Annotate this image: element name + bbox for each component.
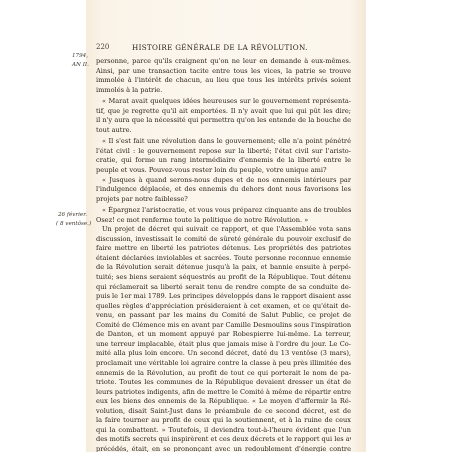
text-line: de la Révolution serait détenue jusqu'à … — [96, 263, 351, 273]
text-line: « Épargnez l'aristocratie, et vous vous … — [96, 206, 351, 216]
text-line: étaient déclarées inviolables et sacrées… — [96, 254, 351, 264]
text-line: tuité; ses biens seraient séquestrés au … — [96, 273, 351, 283]
text-line: l'état civil : le gouvernement repose su… — [96, 147, 351, 157]
text-line: volution, disait Saint-Just dans le préa… — [96, 407, 351, 417]
text-line: personne, parce qu'ils craignent qu'on n… — [96, 57, 351, 67]
body-text: personne, parce qu'ils craignent qu'on n… — [96, 57, 351, 452]
margin-note-year: 1794, — [72, 53, 88, 59]
text-line: des motifs secrets qui inspirèrent et ce… — [96, 435, 351, 445]
text-line: précédés, était, en se prononçant avec u… — [96, 445, 351, 452]
text-line: de Danton, et un moment appuyé par Robes… — [96, 330, 351, 340]
text-line: Osez! ce mot renferme toute la politique… — [96, 216, 351, 226]
text-line: quelles règles d'appréciation présiderai… — [96, 302, 351, 312]
text-line: il n'y aura que la nécessité qui permett… — [96, 116, 351, 126]
text-line: ennemis de la Révolution, au profit de t… — [96, 369, 351, 379]
text-line: Un projet de décret qui suivait ce rappo… — [96, 225, 351, 235]
text-line: la faire tourner au profit de ceux qui l… — [96, 416, 351, 426]
book-page: 220 HISTOIRE GÉNÉRALE DE LA RÉVOLUTION. … — [86, 0, 366, 452]
text-line: une terreur implacable, était plus que j… — [96, 340, 351, 350]
margin-note-date: 26 février. — [58, 212, 87, 218]
text-line: « Marat avait quelques idées heureuses s… — [96, 97, 351, 107]
page-header: 220 HISTOIRE GÉNÉRALE DE LA RÉVOLUTION. — [86, 43, 366, 55]
text-line: Ainsi, par une transaction tacite entre … — [96, 67, 351, 77]
margin-note-ventose: ( 8 ventôse.) — [56, 221, 91, 227]
text-line: discussion, investissait le comité de sû… — [96, 235, 351, 245]
text-line: venu, en passant par les mains du Comité… — [96, 311, 351, 321]
text-line: mité alla plus loin encore. Un second dé… — [96, 349, 351, 359]
text-line: qui la combattent. » Toutefois, il devie… — [96, 426, 351, 436]
text-line: eux les biens des ennemis de la Républiq… — [96, 397, 351, 407]
margin-note-an: AN II. — [72, 62, 89, 68]
text-line: tout autre. — [96, 126, 351, 136]
text-line: puis le 1er mai 1789. Les principes déve… — [96, 292, 351, 302]
text-line: projets par notre faiblesse? — [96, 195, 351, 205]
text-line: immolés à la patrie. — [96, 86, 351, 96]
text-line: « Jusques à quand serons-nous dupes et d… — [96, 176, 351, 186]
text-line: cratie, qui forme un rang intermédiaire … — [96, 156, 351, 166]
text-line: leurs patriotes indigents, afin de mettr… — [96, 388, 351, 398]
text-line: triote. Toutes les communes de la Républ… — [96, 378, 351, 388]
text-line: qui réclamerait sa liberté serait tenu d… — [96, 283, 351, 293]
text-line: immolée à l'intérêt de chacun, au lieu q… — [96, 76, 351, 86]
text-line: Comité de Clémence mis en avant par Cami… — [96, 321, 351, 331]
text-line: proclamait une véritable loi agraire con… — [96, 359, 351, 369]
page-number: 220 — [96, 43, 109, 51]
text-line: faire mettre en liberté les patriotes dé… — [96, 244, 351, 254]
text-line: peuple et vous. Pouvez-vous rester loin … — [96, 166, 351, 176]
text-line: l'indulgence déplacée, et des ennemis du… — [96, 185, 351, 195]
text-line: « Il s'est fait une révolution dans le g… — [96, 137, 351, 147]
text-line: tif, que je regrette qu'il ait emportées… — [96, 107, 351, 117]
running-title: HISTOIRE GÉNÉRALE DE LA RÉVOLUTION. — [132, 43, 308, 52]
